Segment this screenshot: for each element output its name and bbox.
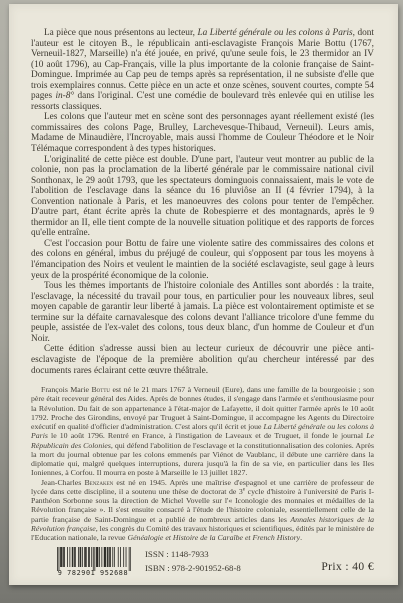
biography-section: François Marie Bottu est né le 21 mars 1… [9, 376, 398, 542]
paragraph: L'originalité de cette pièce est double.… [31, 155, 374, 239]
isxn-block: ISSN : 1148-7933 ISBN : 978-2-901952-68-… [145, 547, 241, 575]
paragraph: C'est l'occasion pour Bottu de faire une… [31, 239, 374, 281]
synopsis-section: La pièce que nous présentons au lecteur,… [9, 4, 398, 376]
footer: 9 782901 952688 ISSN : 1148-7933 ISBN : … [31, 547, 374, 577]
paragraph: Jean-Charles Benzaken est né en 1945. Ap… [31, 478, 374, 543]
issn-text: ISSN : 1148-7933 [145, 547, 241, 561]
paragraph: La pièce que nous présentons au lecteur,… [31, 28, 374, 112]
book-back-cover: La pièce que nous présentons au lecteur,… [9, 4, 398, 585]
paragraph: François Marie Bottu est né le 21 mars 1… [31, 385, 374, 478]
isbn-text: ISBN : 978-2-901952-68-8 [145, 561, 241, 575]
paragraph: Tous les thèmes importants de l'histoire… [31, 281, 374, 344]
barcode: 9 782901 952688 [55, 547, 131, 577]
paragraph: Cette édition s'adresse aussi bien au le… [31, 344, 374, 376]
price-text: Prix : 40 € [321, 561, 374, 573]
paragraph: Les colons que l'auteur met en scène son… [31, 112, 374, 154]
barcode-digits: 9 782901 952688 [58, 569, 128, 577]
